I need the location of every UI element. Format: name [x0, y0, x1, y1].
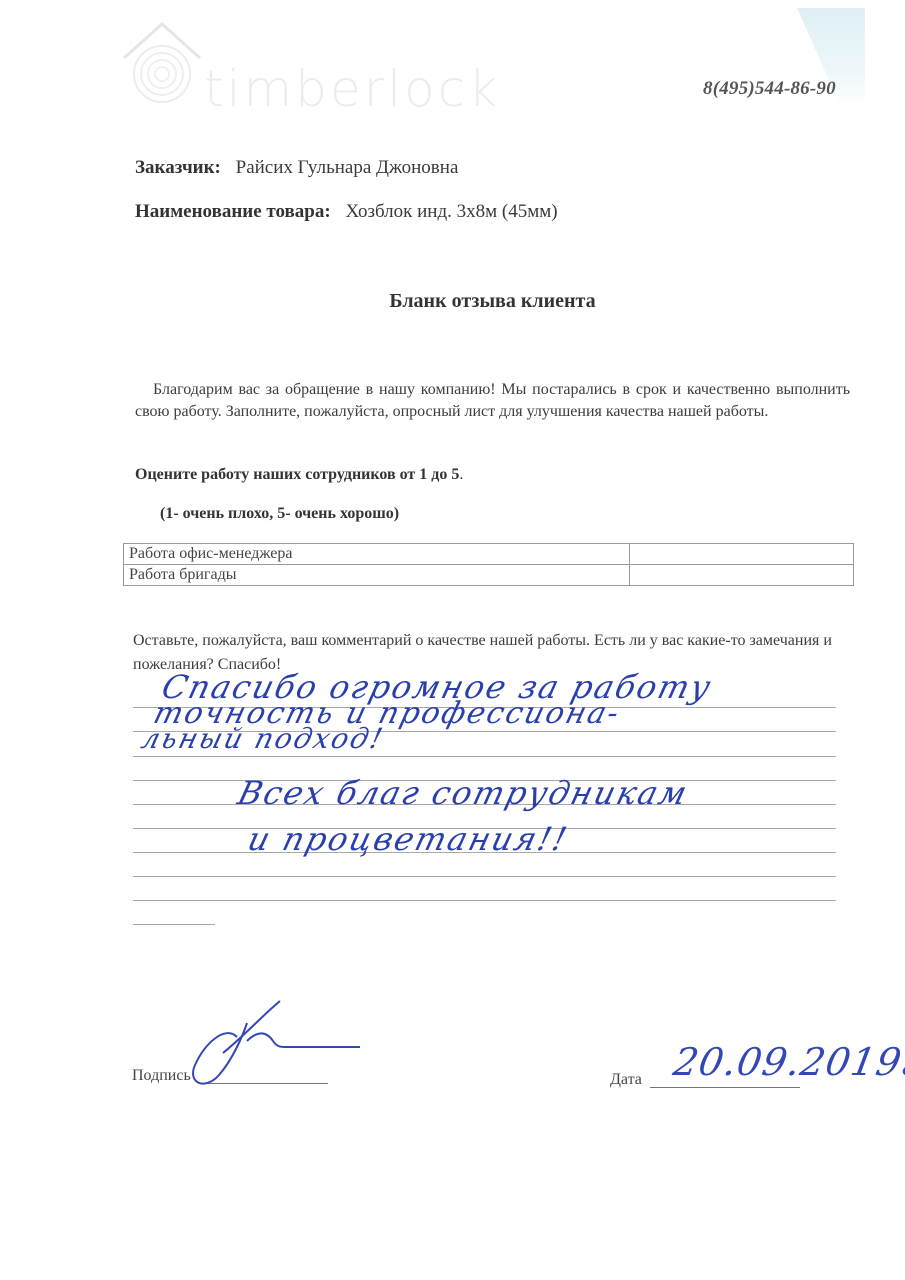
rating-score-office-manager[interactable]: [629, 544, 853, 565]
comment-line: [133, 756, 836, 757]
rating-heading-text: Оцените работу наших сотрудников от 1 до…: [135, 466, 459, 483]
comment-line-short: [133, 924, 215, 925]
table-row: Работа офис-менеджера: [124, 544, 854, 565]
handwritten-comment-line: льный подход!: [138, 722, 388, 755]
handwritten-comment-line: Всех благ сотрудникам: [234, 774, 693, 812]
intro-paragraph: Благодарим вас за обращение в нашу компа…: [135, 379, 850, 423]
handwritten-comment-line: и процветания!!: [244, 820, 573, 858]
comment-line: [133, 900, 836, 901]
rating-heading: Оцените работу наших сотрудников от 1 до…: [135, 466, 463, 484]
form-title: Бланк отзыва клиента: [0, 290, 905, 313]
rating-label-crew: Работа бригады: [124, 565, 630, 586]
date-line[interactable]: [650, 1087, 800, 1088]
table-row: Работа бригады: [124, 565, 854, 586]
company-phone: 8(495)544-86-90: [703, 78, 836, 100]
customer-row: Заказчик: Райсих Гульнара Джоновна: [135, 157, 458, 179]
customer-label: Заказчик:: [135, 157, 221, 178]
rating-score-crew[interactable]: [629, 565, 853, 586]
signature-label: Подпись: [132, 1067, 191, 1085]
comment-line: [133, 876, 836, 877]
product-label: Наименование товара:: [135, 201, 331, 222]
rating-table: Работа офис-менеджера Работа бригады: [123, 543, 854, 586]
handwritten-date: 20.09.2019г: [670, 1040, 905, 1084]
product-row: Наименование товара: Хозблок инд. 3х8м (…: [135, 201, 558, 223]
customer-name: Райсих Гульнара Джоновна: [236, 157, 459, 178]
house-log-icon: [122, 22, 202, 106]
handwritten-signature: [185, 995, 365, 1095]
product-name: Хозблок инд. 3х8м (45мм): [345, 201, 557, 222]
company-logo: timberlock: [122, 22, 482, 106]
date-label: Дата: [610, 1071, 642, 1089]
rating-scale: (1- очень плохо, 5- очень хорошо): [160, 505, 399, 523]
logo-wordmark: timberlock: [204, 64, 500, 114]
rating-heading-period: .: [459, 466, 463, 483]
rating-label-office-manager: Работа офис-менеджера: [124, 544, 630, 565]
